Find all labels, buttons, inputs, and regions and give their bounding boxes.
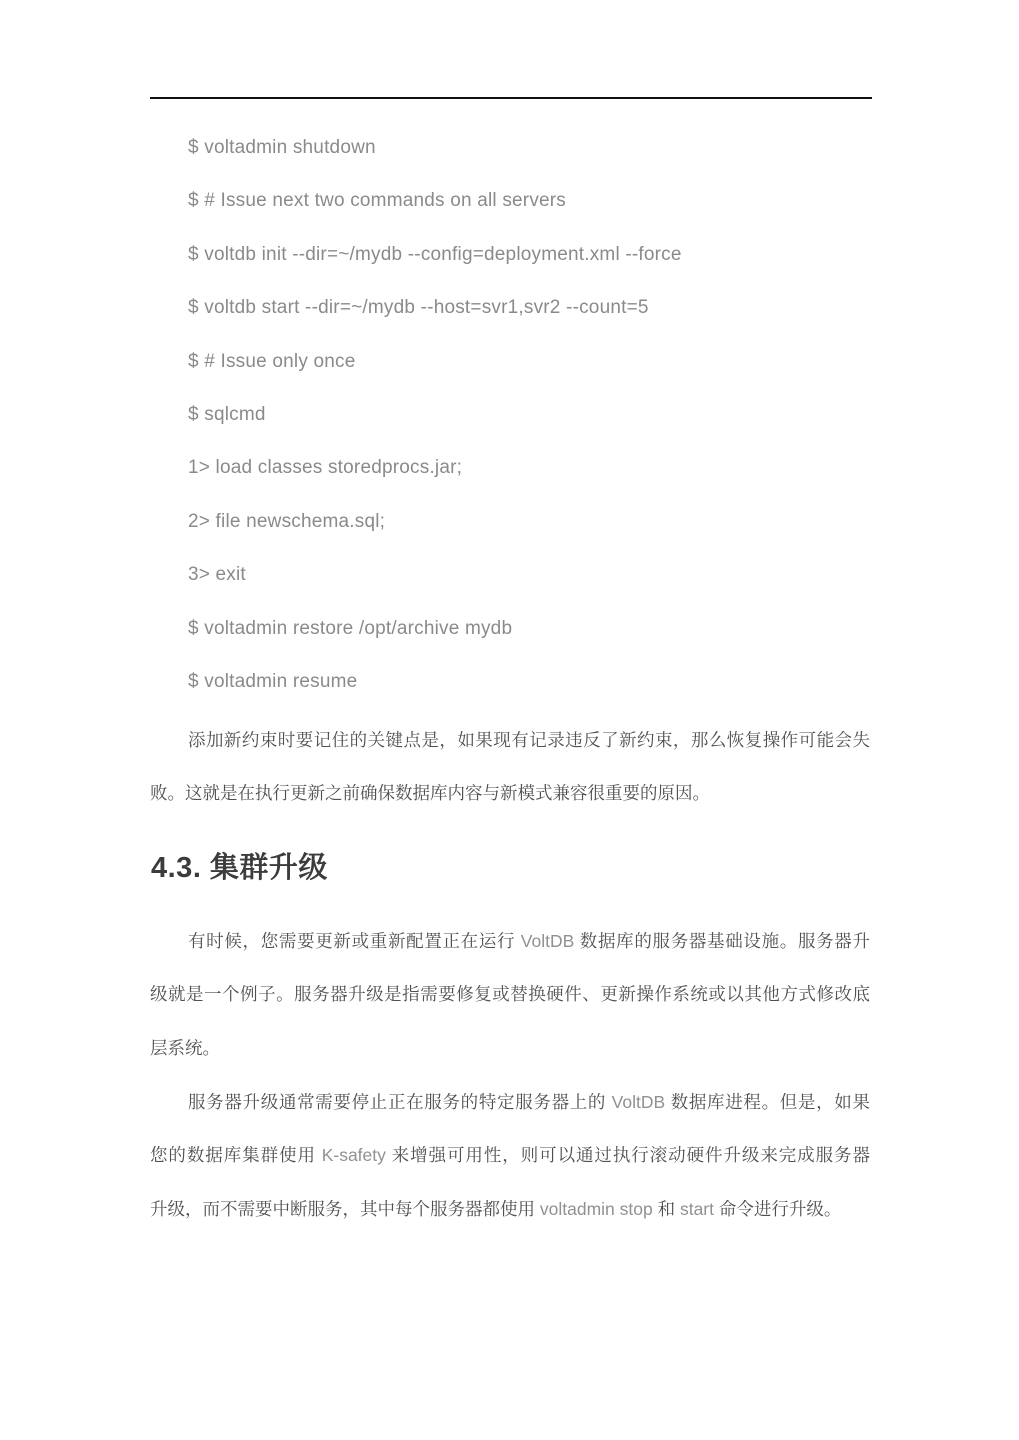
paragraph-text: 数据库进程。但是，如果 [665,1092,870,1112]
paragraph-text: 和 [653,1199,680,1219]
term-k-safety: K-safety [322,1145,386,1165]
paragraph-line: 有时候，您需要更新或重新配置正在运行 VoltDB 数据库的服务器基础设施。服务… [150,915,870,968]
paragraph-line: 服务器升级通常需要停止正在服务的特定服务器上的 VoltDB 数据库进程。但是，… [150,1076,870,1129]
terminal-line: $ voltadmin shutdown [188,121,682,174]
paragraph-line: 升级，而不需要中断服务，其中每个服务器都使用 voltadmin stop 和 … [150,1183,870,1236]
paragraph-text: 您的数据库集群使用 [150,1145,322,1165]
terminal-line: $ # Issue only once [188,335,682,388]
document-page: $ voltadmin shutdown $ # Issue next two … [0,0,1019,1440]
terminal-command-block: $ voltadmin shutdown $ # Issue next two … [188,121,682,708]
paragraph-text: 数据库的服务器基础设施。服务器升 [574,931,870,951]
paragraph-constraints-note: 添加新约束时要记住的关键点是，如果现有记录违反了新约束，那么恢复操作可能会失 败… [150,714,870,821]
terminal-line: 1> load classes storedprocs.jar; [188,441,682,494]
product-name-voltdb: VoltDB [612,1092,666,1112]
terminal-line: $ voltadmin resume [188,655,682,708]
paragraph-text: 来增强可用性，则可以通过执行滚动硬件升级来完成服务器 [386,1145,870,1165]
section-heading: 4.3. 集群升级 [151,845,328,891]
terminal-line: $ # Issue next two commands on all serve… [188,174,682,227]
paragraph-text: 有时候，您需要更新或重新配置正在运行 [188,931,521,951]
paragraph-upgrade-intro: 有时候，您需要更新或重新配置正在运行 VoltDB 数据库的服务器基础设施。服务… [150,915,870,1075]
paragraph-text: 服务器升级通常需要停止正在服务的特定服务器上的 [188,1092,612,1112]
command-voltadmin-stop: voltadmin stop [540,1199,653,1219]
paragraph-line: 您的数据库集群使用 K-safety 来增强可用性，则可以通过执行滚动硬件升级来… [150,1129,870,1182]
product-name-voltdb: VoltDB [521,931,575,951]
paragraph-line: 败。这就是在执行更新之前确保数据库内容与新模式兼容很重要的原因。 [150,767,870,820]
paragraph-rolling-upgrade: 服务器升级通常需要停止正在服务的特定服务器上的 VoltDB 数据库进程。但是，… [150,1076,870,1236]
terminal-line: $ voltadmin restore /opt/archive mydb [188,602,682,655]
terminal-line: 3> exit [188,548,682,601]
paragraph-text: 升级，而不需要中断服务，其中每个服务器都使用 [150,1199,540,1219]
header-divider-rule [150,97,872,99]
paragraph-line: 添加新约束时要记住的关键点是，如果现有记录违反了新约束，那么恢复操作可能会失 [150,714,870,767]
paragraph-line: 层系统。 [150,1022,870,1075]
terminal-line: $ voltdb init --dir=~/mydb --config=depl… [188,228,682,281]
paragraph-text: 命令进行升级。 [714,1199,841,1219]
terminal-line: $ sqlcmd [188,388,682,441]
paragraph-line: 级就是一个例子。服务器升级是指需要修复或替换硬件、更新操作系统或以其他方式修改底 [150,968,870,1021]
command-start: start [680,1199,714,1219]
terminal-line: 2> file newschema.sql; [188,495,682,548]
terminal-line: $ voltdb start --dir=~/mydb --host=svr1,… [188,281,682,334]
